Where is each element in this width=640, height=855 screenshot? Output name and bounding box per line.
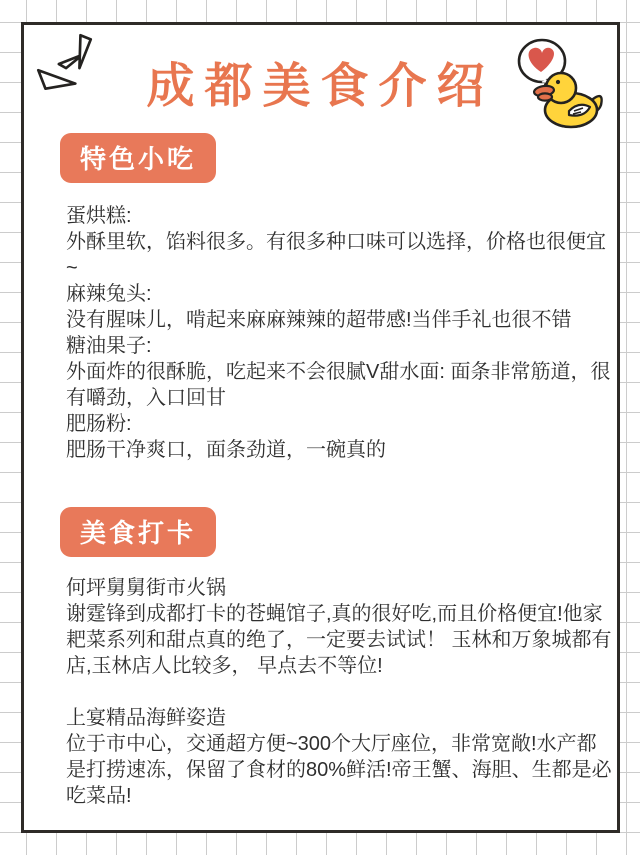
place-name: 何坪舅舅街市火锅	[66, 575, 612, 601]
food-item: 肥肠粉: 肥肠干净爽口，面条劲道，一碗真的	[66, 411, 612, 463]
food-desc: 没有腥味儿，啃起来麻麻辣辣的超带感!当伴手礼也很不错	[66, 307, 612, 333]
section-food-checkin: 何坪舅舅街市火锅 谢霆锋到成都打卡的苍蝇馆子,真的很好吃,而且价格便宜!他家耙菜…	[66, 575, 612, 809]
food-item: 麻辣兔头: 没有腥味儿，啃起来麻麻辣辣的超带感!当伴手礼也很不错	[66, 281, 612, 333]
food-desc: 肥肠干净爽口，面条劲道，一碗真的	[66, 437, 612, 463]
poster-page: { "title": "成都美食介绍", "decorations": { "s…	[0, 0, 640, 855]
food-desc: 外面炸的很酥脆，吃起来不会很腻V甜水面: 面条非常筋道，很有嚼劲，入口回甘	[66, 359, 612, 411]
place-item: 上宴精品海鲜姿造 位于市中心，交通超方便~300个大厅座位，非常宽敞!水产都是打…	[66, 705, 612, 809]
section-special-snacks: 蛋烘糕: 外酥里软，馅料很多。有很多种口味可以选择，价格也很便宜~ 麻辣兔头: …	[66, 203, 612, 463]
place-desc: 谢霆锋到成都打卡的苍蝇馆子,真的很好吃,而且价格便宜!他家耙菜系列和甜点真的绝了…	[66, 601, 612, 679]
food-name: 蛋烘糕:	[66, 203, 612, 229]
place-desc: 位于市中心，交通超方便~300个大厅座位，非常宽敞!水产都是打捞速冻，保留了食材…	[66, 731, 612, 809]
food-name: 糖油果子:	[66, 333, 612, 359]
food-desc: 外酥里软，馅料很多。有很多种口味可以选择，价格也很便宜~	[66, 229, 612, 281]
place-item: 何坪舅舅街市火锅 谢霆锋到成都打卡的苍蝇馆子,真的很好吃,而且价格便宜!他家耙菜…	[66, 575, 612, 679]
poster-card: 成都美食介绍 特色小吃 蛋烘糕: 外酥里软，馅料很多。有很多种口味可以选择，价格…	[21, 22, 620, 833]
food-name: 麻辣兔头:	[66, 281, 612, 307]
food-name: 肥肠粉:	[66, 411, 612, 437]
badge-special-snacks: 特色小吃	[60, 133, 216, 183]
duck-with-heart-bubble	[511, 35, 611, 135]
card-content: 特色小吃 蛋烘糕: 外酥里软，馅料很多。有很多种口味可以选择，价格也很便宜~ 麻…	[60, 133, 612, 809]
badge-food-checkin: 美食打卡	[60, 507, 216, 557]
food-item: 蛋烘糕: 外酥里软，馅料很多。有很多种口味可以选择，价格也很便宜~	[66, 203, 612, 281]
food-item: 糖油果子: 外面炸的很酥脆，吃起来不会很腻V甜水面: 面条非常筋道，很有嚼劲，入…	[66, 333, 612, 411]
place-name: 上宴精品海鲜姿造	[66, 705, 612, 731]
